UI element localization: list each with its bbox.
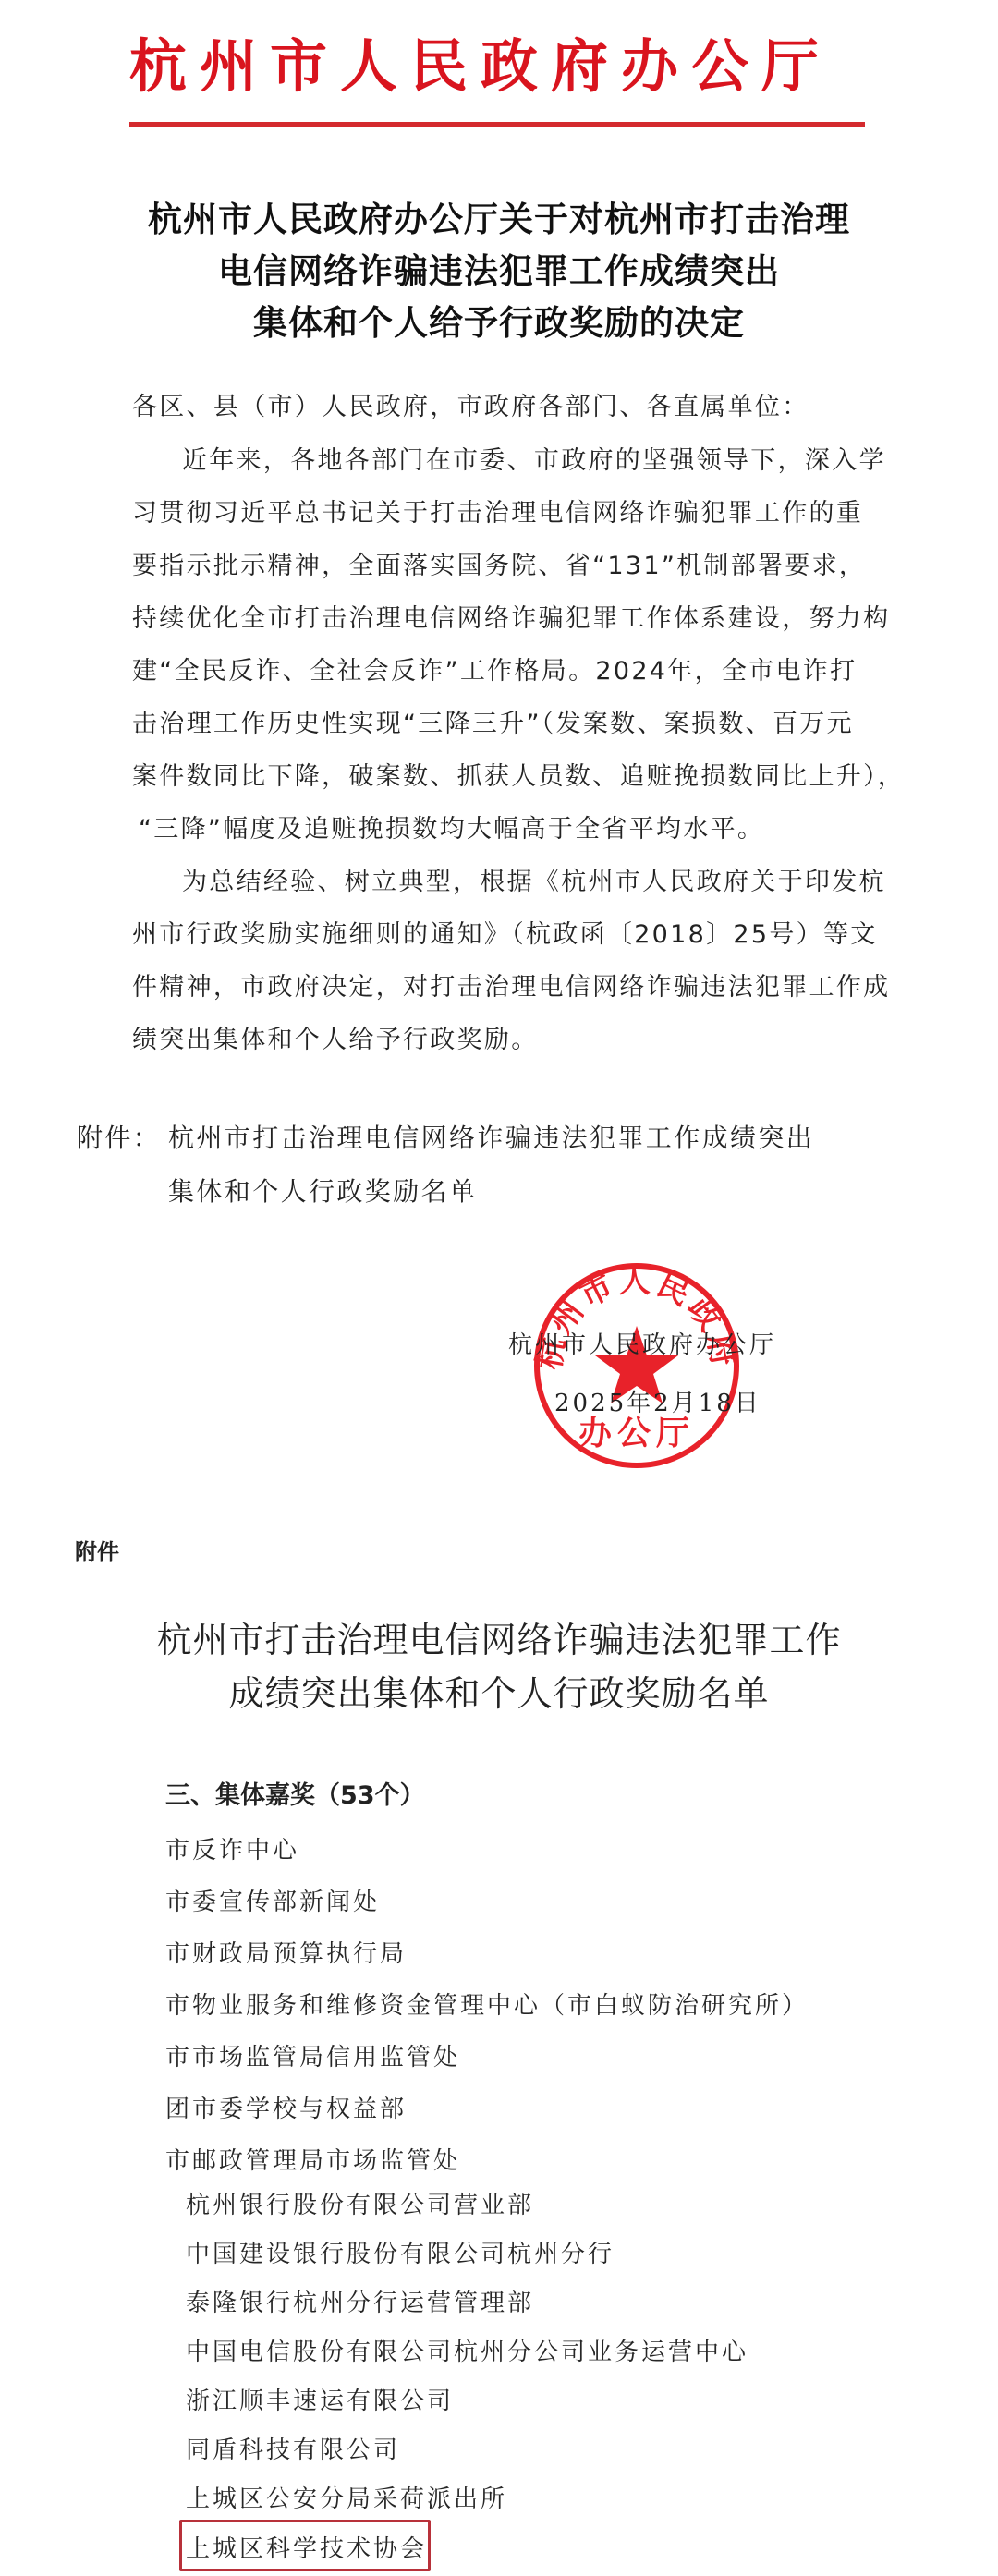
paragraph-2-line: 州市行政奖励实施细则的通知》（杭政函〔2018〕25号）等文 (132, 908, 878, 961)
annex-title-line-1: 杭州市打击治理电信网络诈骗违法犯罪工作 (0, 1613, 998, 1667)
attachment-title-line-1: 杭州市打击治理电信网络诈骗违法犯罪工作成绩突出 (168, 1118, 814, 1155)
list-item: 市市场监管局信用监管处 (165, 2038, 460, 2072)
addressee: 各区、县（市）人民政府，市政府各部门、各直属单位： (132, 381, 809, 433)
svg-text:办公厅: 办公厅 (578, 1415, 695, 1452)
attachment-title-line-2: 集体和个人行政奖励名单 (168, 1172, 477, 1209)
paragraph-1-line: 击治理工作历史性实现“三降三升”（发案数、案损数、百万元 (132, 698, 854, 750)
list-item: 市委宣传部新闻处 (165, 1883, 380, 1917)
list-item: 同盾科技有限公司 (186, 2431, 400, 2465)
paragraph-1-line: 持续优化全市打击治理电信网络诈骗犯罪工作体系建设，努力构 (132, 592, 890, 645)
annex-title-line-2: 成绩突出集体和个人行政奖励名单 (0, 1667, 998, 1720)
document-title-line-2: 电信网络诈骗违法犯罪工作成绩突出 (0, 246, 998, 298)
paragraph-1-line: 案件数同比下降，破案数、抓获人员数、追赃挽损数同比上升）， (132, 750, 905, 803)
list-item: 中国建设银行股份有限公司杭州分行 (186, 2235, 615, 2269)
list-item: 市反诈中心 (165, 1831, 299, 1865)
paragraph-2-line: 件精神，市政府决定，对打击治理电信网络诈骗违法犯罪工作成 (132, 961, 890, 1014)
annex-label: 附件 (75, 1534, 119, 1566)
list-item: 杭州银行股份有限公司营业部 (186, 2186, 534, 2220)
official-seal-icon: 杭州市人民政府 办公厅 (530, 1259, 743, 1472)
signing-issuer: 杭州市人民政府办公厅 (508, 1326, 776, 1360)
masthead-red-rule (129, 122, 865, 127)
highlighted-list-item: 上城区科学技术协会 (186, 2530, 427, 2564)
paragraph-1-line: 要指示批示精神，全面落实国务院、省“131”机制部署要求， (132, 540, 866, 592)
paragraph-2-line: 绩突出集体和个人给予行政奖励。 (132, 1014, 539, 1066)
list-item: 市物业服务和维修资金管理中心（市白蚁防治研究所） (165, 1987, 809, 2021)
list-item: 市财政局预算执行局 (165, 1935, 407, 1969)
list-item: 浙江顺丰速运有限公司 (186, 2382, 454, 2416)
paragraph-1-line: “三降”幅度及追赃挽损数均大幅高于全省平均水平。 (139, 803, 764, 856)
list-item: 泰隆银行杭州分行运营管理部 (186, 2284, 534, 2318)
list-item: 团市委学校与权益部 (165, 2090, 407, 2124)
list-item: 中国电信股份有限公司杭州分公司业务运营中心 (186, 2333, 748, 2367)
paragraph-1-line: 近年来，各地各部门在市委、市政府的坚强领导下，深入学 (182, 434, 886, 487)
document-title-line-1: 杭州市人民政府办公厅关于对杭州市打击治理 (0, 194, 998, 246)
attachment-label: 附件： (77, 1118, 161, 1155)
signing-date: 2025年2月18日 (554, 1384, 761, 1418)
list-item: 上城区公安分局采荷派出所 (186, 2480, 507, 2514)
paragraph-2-line: 为总结经验、树立典型，根据《杭州市人民政府关于印发杭 (182, 856, 886, 908)
masthead-issuer: 杭州市人民政府办公厅 (129, 33, 869, 100)
document-title-line-3: 集体和个人给予行政奖励的决定 (0, 298, 998, 349)
list-item: 市邮政管理局市场监管处 (165, 2142, 460, 2176)
section-heading: 三、集体嘉奖（53个） (165, 1775, 425, 1811)
paragraph-1-line: 习贯彻习近平总书记关于打击治理电信网络诈骗犯罪工作的重 (132, 487, 863, 540)
paragraph-1-line: 建“全民反诈、全社会反诈”工作格局。2024年，全市电诈打 (132, 645, 857, 698)
